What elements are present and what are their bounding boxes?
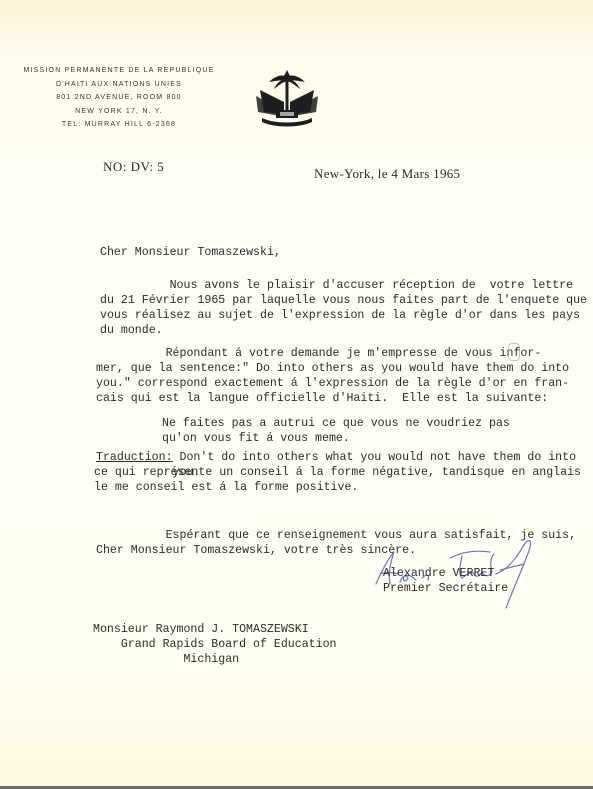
recipient-address: Monsieur Raymond J. TOMASZEWSKI Grand Ra… (93, 622, 337, 667)
haiti-coat-of-arms-icon (254, 66, 320, 130)
golden-rule-quote: Ne faites pas a autrui ce que vous ne vo… (162, 416, 510, 446)
letterhead-line-4: NEW YORK 17, N. Y. (14, 105, 224, 119)
punch-mark (508, 343, 520, 361)
signer-block: Alexandre VERRET Premier Secrétaire (383, 566, 508, 596)
letterhead-line-2: D'HAITI AUX NATIONS UNIES (14, 78, 224, 92)
signer-name: Alexandre VERRET (383, 567, 494, 580)
translation-label: Traduction: (96, 451, 173, 464)
letterhead-line-3: 801 2ND AVENUE, ROOM 800 (14, 91, 224, 105)
paragraph-acknowledgement: Nous avons le plaisir d'accuser réceptio… (100, 278, 587, 338)
letterhead-line-1: MISSION PERMANENTE DE LA REPUBLIQUE (14, 64, 224, 78)
paragraph-explanation: ce qui représente un conseil á la forme … (94, 465, 581, 495)
salutation: Cher Monsieur Tomaszewski, (100, 245, 281, 260)
reference-number: NO: DV: 5 (103, 159, 164, 175)
letter-date: New-York, le 4 Mars 1965 (314, 166, 460, 182)
paragraph-response: Répondant á votre demande je m'empresse … (96, 346, 569, 406)
letterhead-line-5: TEL: MURRAY HILL 6-2368 (14, 118, 224, 132)
signer-title: Premier Secrétaire (383, 582, 508, 595)
letterhead: MISSION PERMANENTE DE LA REPUBLIQUE D'HA… (14, 64, 224, 132)
